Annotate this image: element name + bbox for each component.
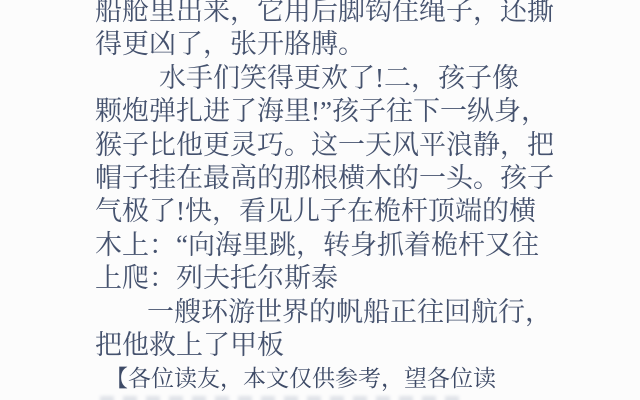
text-line-4: 颗炮弹扎进了海里!”孩子往下一纵身， bbox=[95, 95, 565, 128]
text-line-8: 木上：“向海里跳，转身抓着桅杆又往 bbox=[95, 229, 565, 262]
text-line-2: 得更凶了，张开胳膊。 bbox=[95, 28, 565, 61]
clipped-text-remnant bbox=[100, 396, 460, 400]
text-line-6: 帽子挂在最高的那根横木的一头。孩子 bbox=[95, 162, 565, 195]
text-line-3: 水手们笑得更欢了!二，孩子像 bbox=[95, 62, 565, 95]
text-line-11: 把他救上了甲板 bbox=[95, 329, 565, 362]
footer-note-line: 【各位读友，本文仅供参考，望各位读 bbox=[95, 362, 565, 395]
document-page: 船舱里出来，它用后脚钩住绳子，还撕 得更凶了，张开胳膊。 水手们笑得更欢了!二，… bbox=[0, 0, 640, 400]
text-line-5: 猴子比他更灵巧。这一天风平浪静，把 bbox=[95, 129, 565, 162]
text-line-10: 一艘环游世界的帆船正往回航行， bbox=[95, 296, 565, 329]
text-block: 船舱里出来，它用后脚钩住绳子，还撕 得更凶了，张开胳膊。 水手们笑得更欢了!二，… bbox=[95, 0, 565, 396]
text-line-7: 气极了!快，看见儿子在桅杆顶端的横 bbox=[95, 195, 565, 228]
text-line-9: 上爬：列夫托尔斯泰 bbox=[95, 262, 565, 295]
text-line-1: 船舱里出来，它用后脚钩住绳子，还撕 bbox=[95, 0, 565, 28]
